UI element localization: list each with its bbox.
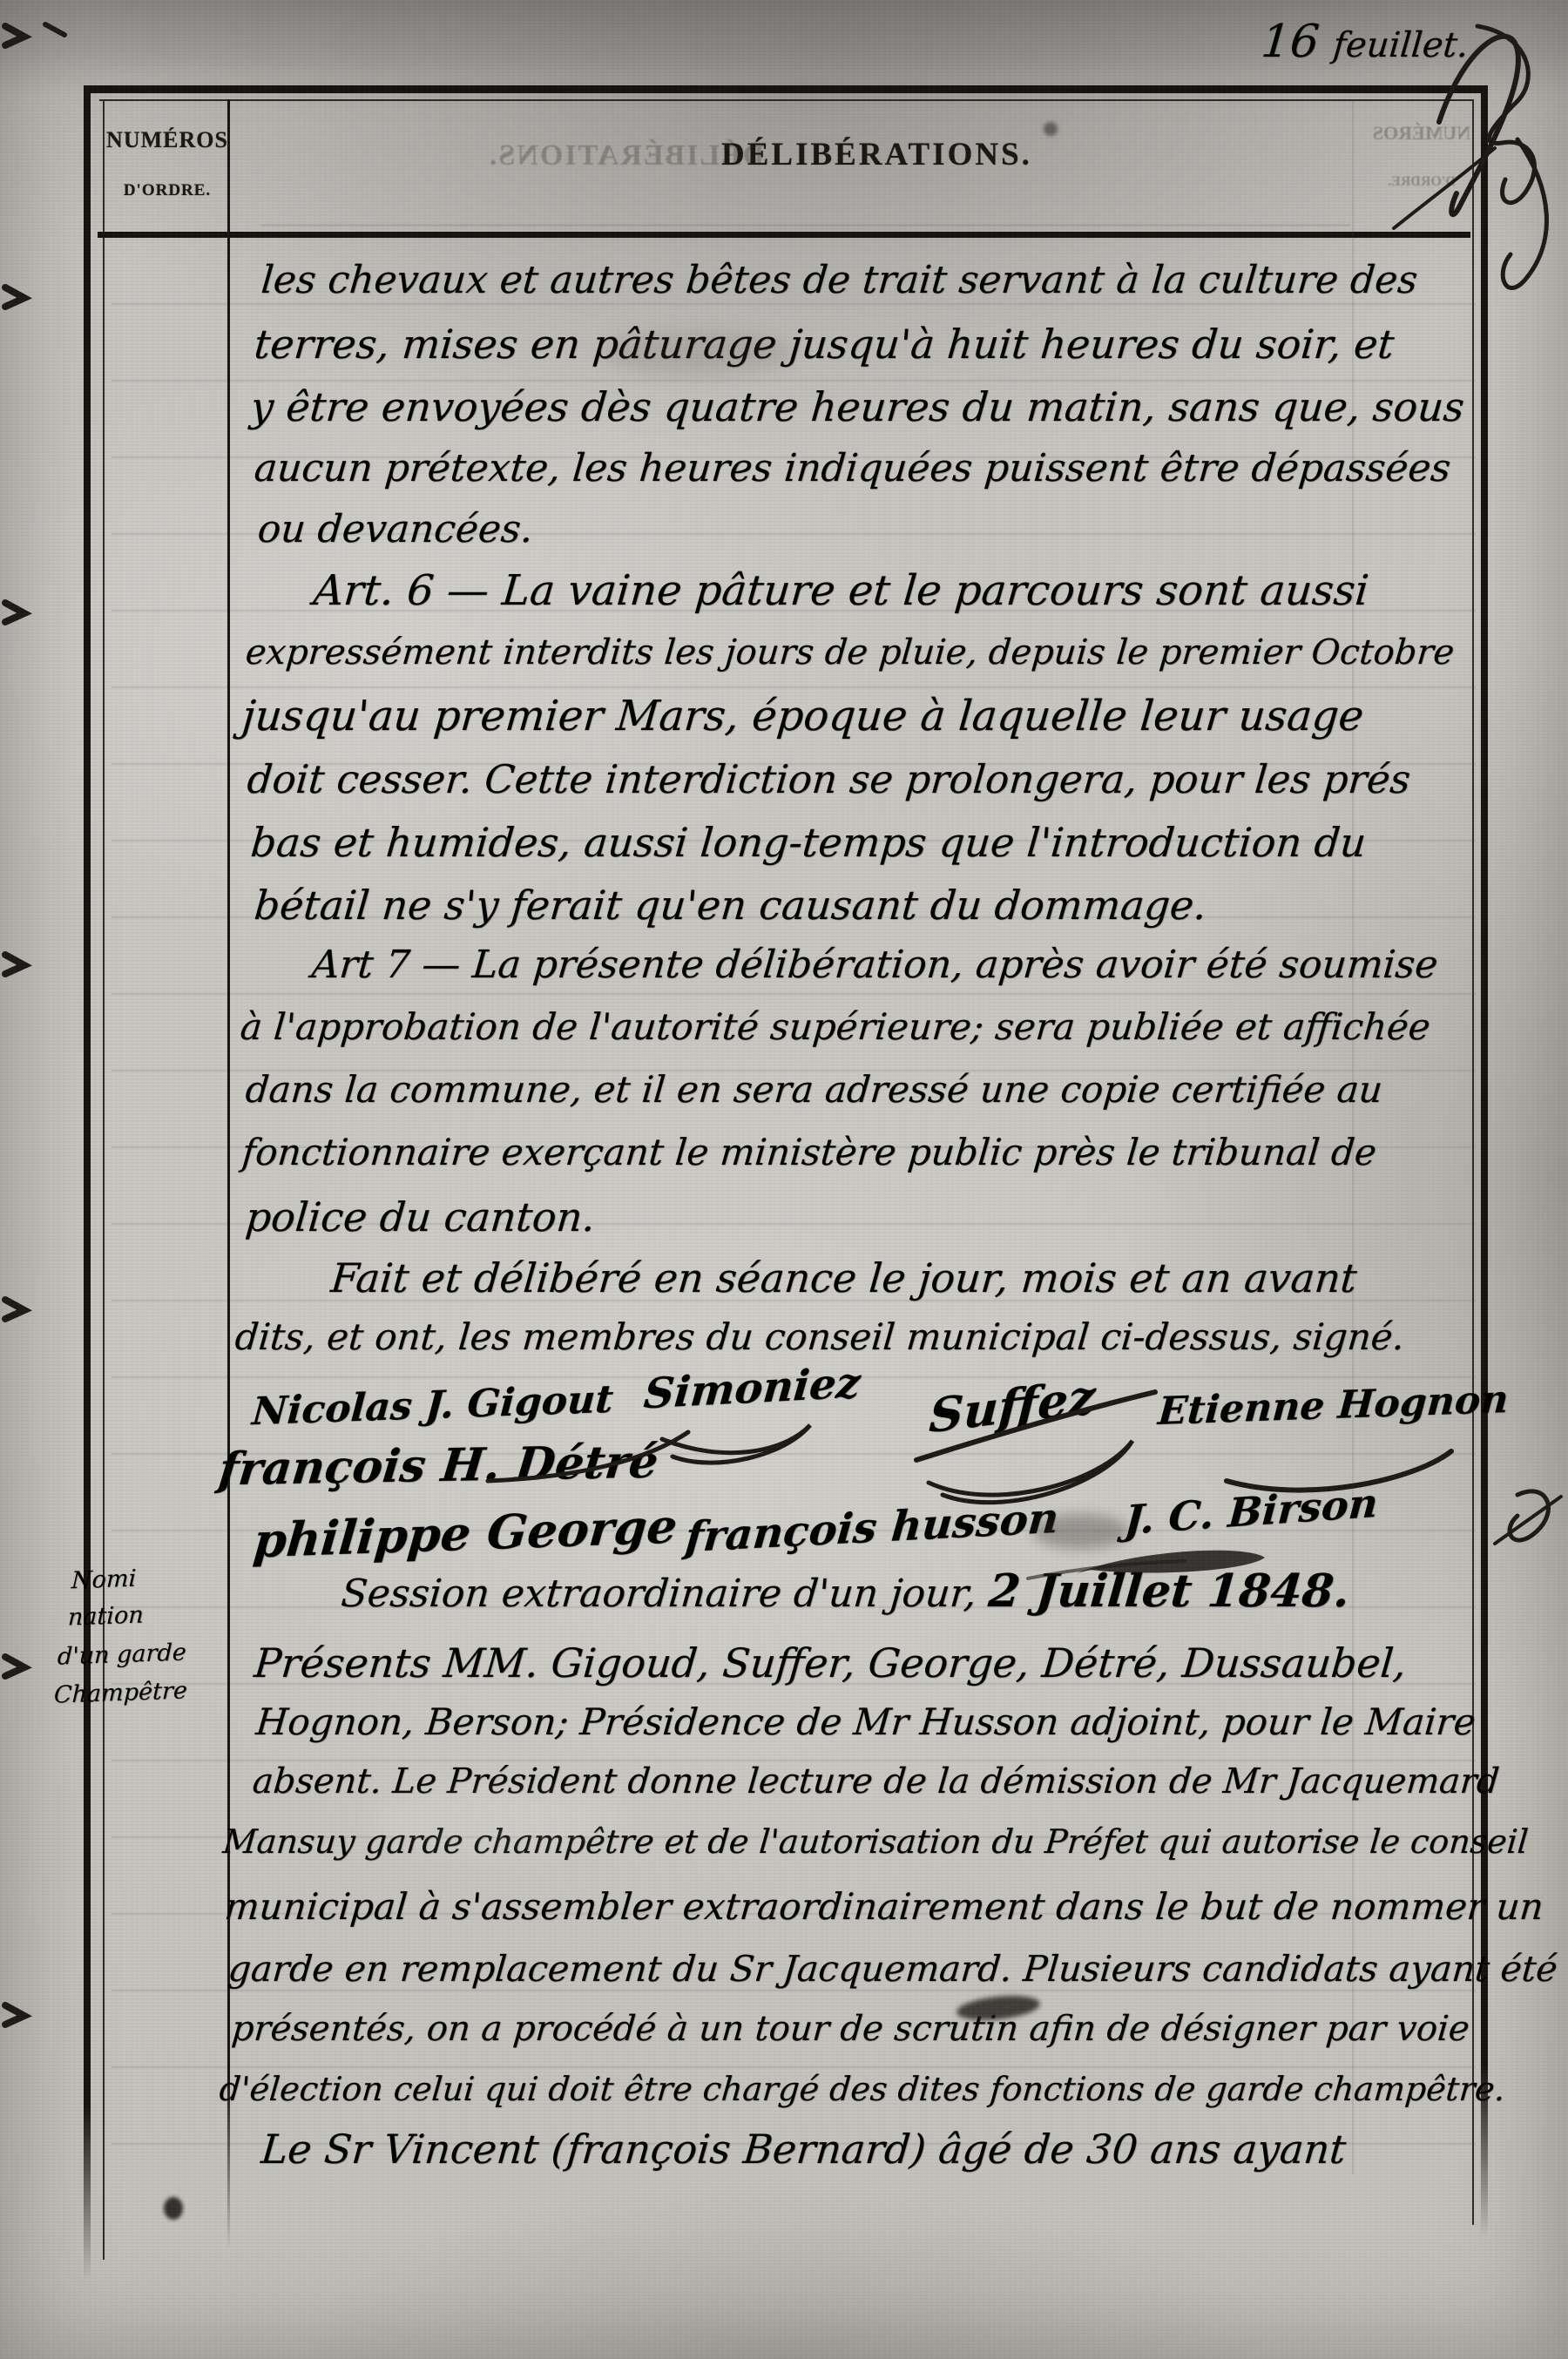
border-top-inner	[99, 99, 1474, 101]
binding-mark	[5, 26, 24, 45]
signature-paraph	[1495, 1497, 1561, 1544]
folio-number: 16 feuillet.	[1259, 16, 1470, 68]
manuscript-line: Fait et délibéré en séance le jour, mois…	[329, 1254, 1359, 1301]
binding-mark	[5, 603, 24, 622]
manuscript-line: absent. Le Président donne lecture de la…	[251, 1761, 1501, 1801]
manuscript-line: présentés, on a procédé à un tour de scr…	[230, 2009, 1471, 2049]
manuscript-line: dans la commune, et il en sera adressé u…	[244, 1068, 1384, 1111]
border-left-outer	[84, 85, 91, 2281]
signature: françois husson	[683, 1494, 1060, 1562]
register-title: DÉLIBÉRATIONS.	[721, 136, 1032, 173]
session-heading-date: 2 Juillet 1848.	[986, 1565, 1351, 1618]
numbers-column-subheader: D'ORDRE.	[106, 181, 228, 200]
margin-note-line: d'un garde	[57, 1639, 186, 1670]
manuscript-line: y être envoyées dès quatre heures du mat…	[249, 383, 1466, 430]
border-left-inner	[103, 99, 105, 2260]
signature-flourish	[929, 1441, 1132, 1503]
signature: philippe George	[251, 1498, 679, 1569]
session-heading: Session extraordinaire d'un jour, 2 Juil…	[339, 1565, 1351, 1618]
margin-note-line: Nomi	[71, 1565, 136, 1595]
manuscript-line: Hognon, Berson; Présidence de Mr Husson …	[254, 1700, 1477, 1743]
manuscript-line: Art 7 — La présente délibération, après …	[310, 943, 1440, 987]
margin-note-line: Champêtre	[53, 1677, 187, 1708]
binding-mark	[45, 24, 64, 35]
hidden	[909, 2204, 929, 2315]
manuscript-line: police du canton.	[244, 1193, 598, 1240]
manuscript-line: expressément interdits les jours de plui…	[244, 632, 1456, 673]
ink-spot	[164, 2197, 183, 2220]
manuscript-line: Mansuy garde champêtre et de l'autorisat…	[221, 1822, 1530, 1861]
signature: J. C. Birson	[1123, 1479, 1380, 1544]
signature: Nicolas J. Gigout	[251, 1377, 615, 1434]
folio-number-value: 16	[1259, 16, 1321, 68]
signature-flourish	[662, 1425, 810, 1463]
manuscript-line: ou devancées.	[256, 507, 535, 551]
manuscript-line: à l'approbation de l'autorité supérieure…	[239, 1005, 1432, 1048]
numbers-ghost-line1: NUMÉROS	[1366, 122, 1477, 145]
signature-paraph	[1510, 1491, 1548, 1540]
binding-mark	[5, 1300, 24, 1319]
signature: Simoniez	[642, 1359, 862, 1419]
manuscript-line: les chevaux et autres bêtes de trait ser…	[260, 258, 1420, 302]
ink-spot	[1044, 122, 1058, 136]
folio-number-word: feuillet.	[1331, 25, 1470, 65]
manuscript-line: bas et humides, aussi long-temps que l'i…	[249, 819, 1369, 866]
border-top-outer	[84, 85, 1488, 93]
binding-mark	[5, 1657, 24, 1676]
manuscript-line: jusqu'au premier Mars, époque à laquelle…	[240, 692, 1366, 740]
manuscript-line: fonctionnaire exerçant le ministère publ…	[240, 1131, 1378, 1173]
manuscript-line: dits, et ont, les membres du conseil mun…	[233, 1315, 1406, 1358]
register-page: NUMÉROS D'ORDRE. DÉLIBÉRATIONS. DÉLIBÉRA…	[0, 0, 1568, 2359]
session-heading-text: Session extraordinaire d'un jour,	[340, 1572, 979, 1616]
manuscript-line: aucun prétexte, les heures indiquées pui…	[253, 446, 1453, 490]
margin-note-line: nation	[67, 1601, 144, 1631]
signature: Suffez	[928, 1369, 1097, 1443]
manuscript-line: d'élection celui qui doit être chargé de…	[218, 2070, 1507, 2108]
numbers-ghost-line2: D'ORDRE.	[1366, 174, 1477, 190]
paraph-stroke	[1503, 139, 1546, 288]
manuscript-line: doit cesser. Cette interdiction se prolo…	[246, 756, 1413, 802]
manuscript-line: terres, mises en pâturage jusqu'à huit h…	[253, 321, 1396, 368]
manuscript-line: Présents MM. Gigoud, Suffer, George, Dét…	[253, 1639, 1409, 1686]
manuscript-line: municipal à s'assembler extraordinaireme…	[223, 1885, 1545, 1928]
ghost-header-rule	[261, 224, 1350, 226]
numbers-column-header: NUMÉROS	[106, 127, 228, 153]
binding-mark	[5, 287, 24, 307]
signature: Etienne Hognon	[1157, 1377, 1511, 1434]
column-divider	[227, 99, 230, 2251]
manuscript-line: bétail ne s'y ferait qu'en causant du do…	[253, 882, 1209, 929]
header-rule	[98, 232, 1470, 238]
binding-mark	[5, 955, 24, 974]
manuscript-line: Le Sr Vincent (françois Bernard) âgé de …	[260, 2126, 1348, 2173]
signature: françois H. Détré	[216, 1436, 660, 1497]
manuscript-line: Art. 6 — La vaine pâture et le parcours …	[312, 566, 1371, 615]
binding-mark	[5, 2005, 24, 2024]
manuscript-line: garde en remplacement du Sr Jacquemard. …	[226, 1948, 1559, 1990]
